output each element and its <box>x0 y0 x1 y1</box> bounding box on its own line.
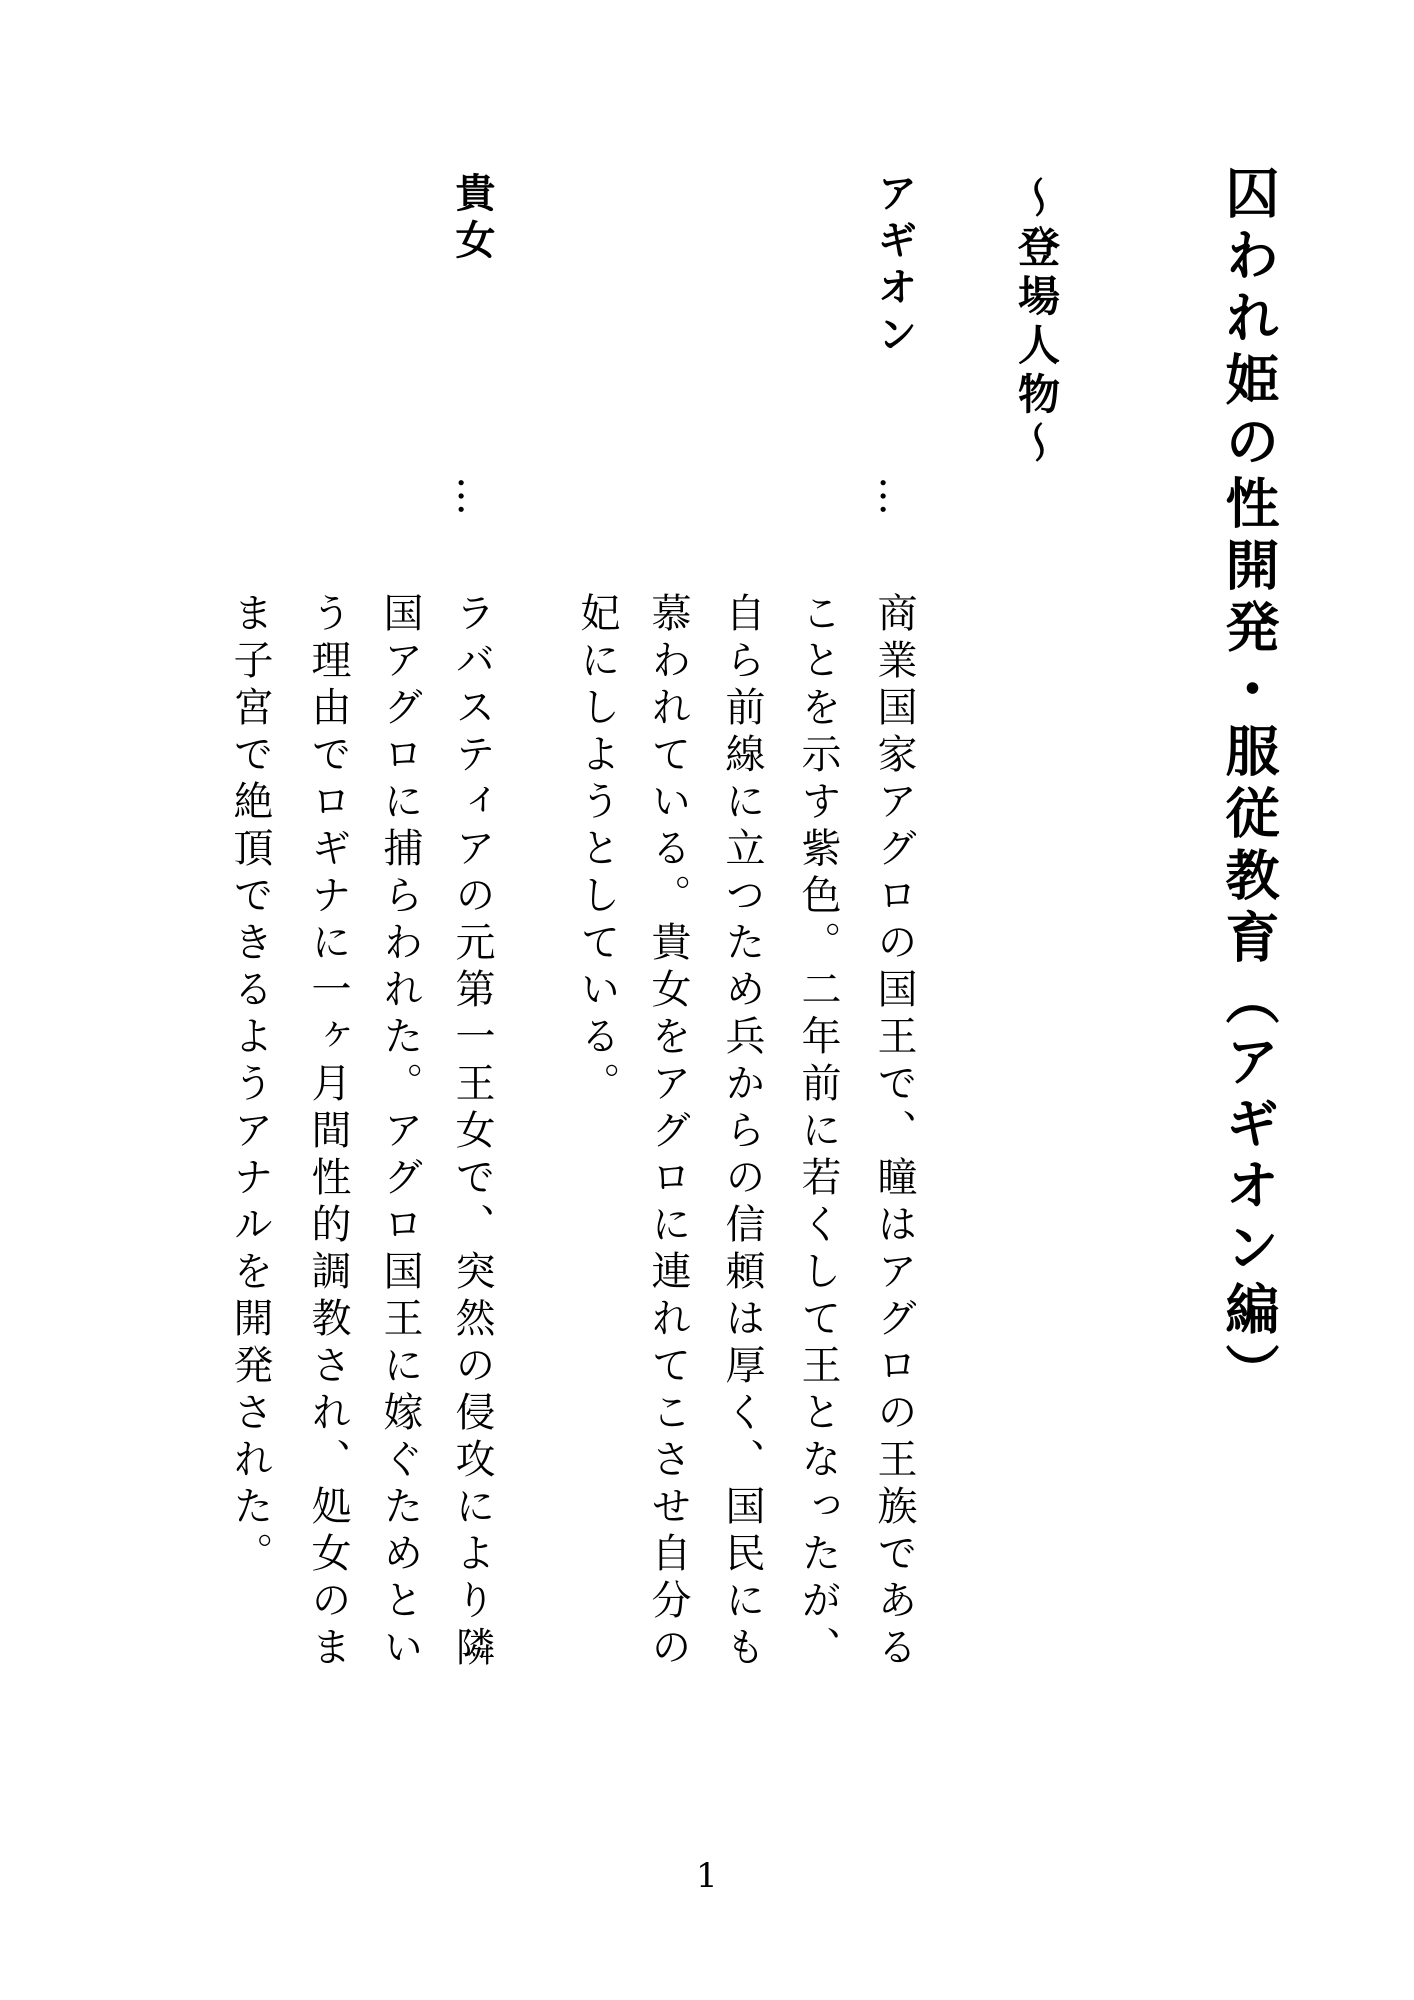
character-description-line: 慕われている。貴女をアグロに連れてこさせ自分の <box>648 592 688 1673</box>
character-description-line: 妃にしようとしている。 <box>577 592 617 1109</box>
leader-dots: … <box>874 476 914 523</box>
character-name-agion: アギオン <box>874 172 914 360</box>
character-description-line: 商業国家アグロの国王で、瞳はアグロの王族である <box>874 592 914 1673</box>
leader-dots: … <box>452 476 492 523</box>
character-name-kijo: 貴女 <box>452 172 492 266</box>
section-heading-characters: 〜登場人物〜 <box>1015 176 1057 470</box>
document-page: 囚われ姫の性開発・服従教育（アギオン編） 〜登場人物〜 アギオン … 商業国家ア… <box>0 0 1414 2000</box>
character-description-line: う理由でロギナに一ヶ月間性的調教され、処女のま <box>308 592 348 1673</box>
character-description-line: ま子宮で絶頂できるようアナルを開発された。 <box>230 592 270 1579</box>
document-title: 囚われ姫の性開発・服従教育（アギオン編） <box>1222 165 1276 1405</box>
character-description-line: ことを示す紫色。二年前に若くして王となったが、 <box>798 592 838 1673</box>
character-description-line: ラバスティアの元第一王女で、突然の侵攻により隣 <box>452 592 492 1673</box>
page-number: 1 <box>696 1856 718 1896</box>
character-description-line: 自ら前線に立つため兵からの信頼は厚く、国民にも <box>722 592 762 1673</box>
character-description-line: 国アグロに捕らわれた。アグロ国王に嫁ぐためとい <box>380 592 420 1673</box>
